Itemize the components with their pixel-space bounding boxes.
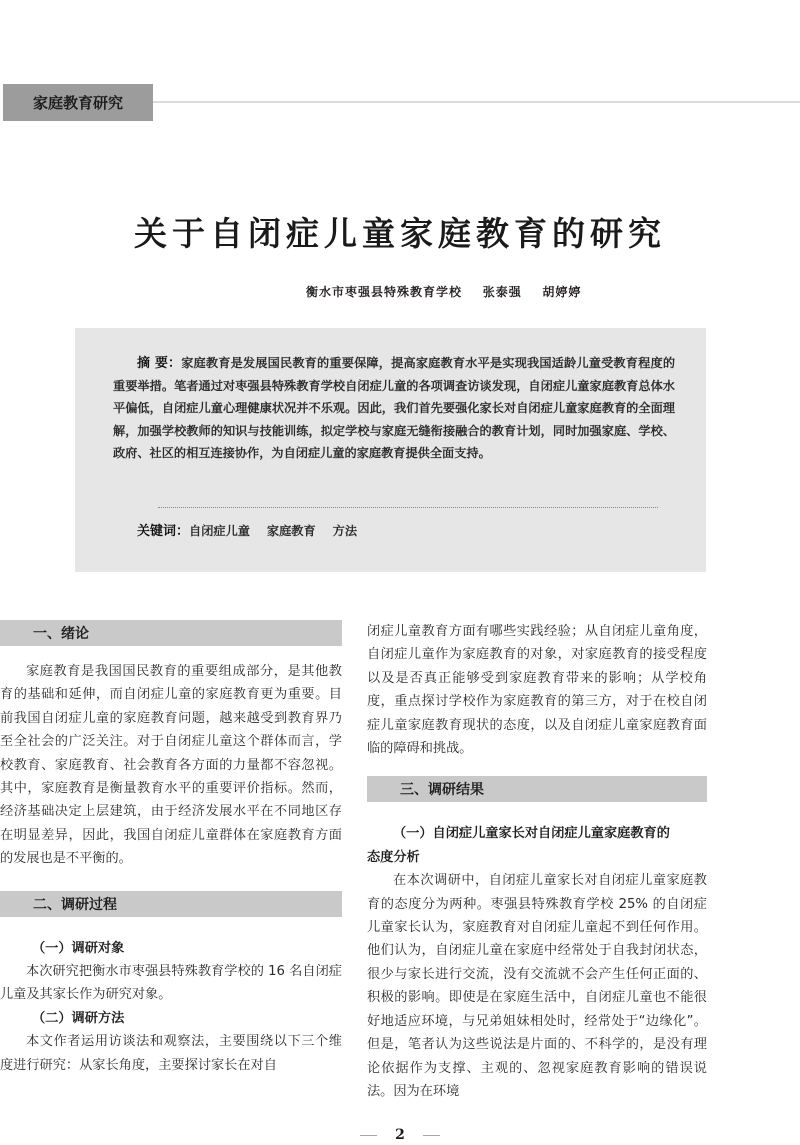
- footer-dash-right: [423, 1135, 440, 1136]
- page-footer: 2: [0, 1125, 800, 1145]
- left-column: 一、绪论 家庭教育是我国国民教育的重要组成部分，是其他教育的基础和延伸，而自闭症…: [0, 620, 342, 1077]
- subheading-research-subjects: （一）调研对象: [0, 937, 342, 960]
- header-rule: [153, 101, 800, 103]
- subheading-research-methods: （二）调研方法: [0, 1007, 342, 1030]
- section-heading-introduction: 一、绪论: [0, 620, 342, 646]
- column-tag: 家庭教育研究: [3, 84, 153, 121]
- abstract-text: 家庭教育是发展国民教育的重要保障，提高家庭教育水平是实现我国适龄儿童受教育程度的…: [113, 356, 675, 460]
- right-column: 闭症儿童教育方面有哪些实践经验；从自闭症儿童角度，自闭症儿童作为家庭教育的对象，…: [367, 620, 707, 1103]
- research-methods-paragraph: 本文作者运用访谈法和观察法，主要围绕以下三个维度进行研究：从家长角度，主要探讨家…: [0, 1030, 342, 1077]
- abstract-label: 摘 要：: [137, 356, 181, 371]
- research-subjects-paragraph: 本次研究把衡水市枣强县特殊教育学校的 16 名自闭症儿童及其家长作为研究对象。: [0, 960, 342, 1007]
- introduction-paragraph: 家庭教育是我国国民教育的重要组成部分，是其他教育的基础和延伸，而自闭症儿童的家庭…: [0, 660, 342, 871]
- subheading-parent-attitude-line2: 态度分析: [367, 846, 707, 869]
- abstract-divider: [158, 507, 658, 508]
- abstract: 摘 要：家庭教育是发展国民教育的重要保障，提高家庭教育水平是实现我国适龄儿童受教…: [113, 352, 675, 464]
- abstract-box: 摘 要：家庭教育是发展国民教育的重要保障，提高家庭教育水平是实现我国适龄儿童受教…: [75, 328, 706, 572]
- keywords-label: 关键词：: [137, 524, 189, 539]
- page-number: 2: [395, 1127, 405, 1143]
- article-title: 关于自闭症儿童家庭教育的研究: [0, 208, 800, 255]
- column-tag-row: 家庭教育研究: [0, 84, 800, 122]
- parent-attitude-paragraph: 在本次调研中，自闭症儿童家长对自闭症儿童家庭教育的态度分为两种。枣强县特殊教育学…: [367, 869, 707, 1103]
- article-authors: 衡水市枣强县特殊教育学校 张泰强 胡婷婷: [306, 283, 581, 300]
- section-heading-results: 三、调研结果: [367, 776, 707, 802]
- footer-dash-left: [360, 1135, 377, 1136]
- subheading-parent-attitude-line1: （一）自闭症儿童家长对自闭症儿童家庭教育的: [367, 822, 707, 845]
- keywords-items: 自闭症儿童 家庭教育 方法: [189, 524, 357, 538]
- keywords: 关键词：自闭症儿童 家庭教育 方法: [137, 520, 357, 539]
- section-heading-research-process: 二、调研过程: [0, 891, 342, 917]
- research-methods-continued: 闭症儿童教育方面有哪些实践经验；从自闭症儿童角度，自闭症儿童作为家庭教育的对象，…: [367, 620, 707, 760]
